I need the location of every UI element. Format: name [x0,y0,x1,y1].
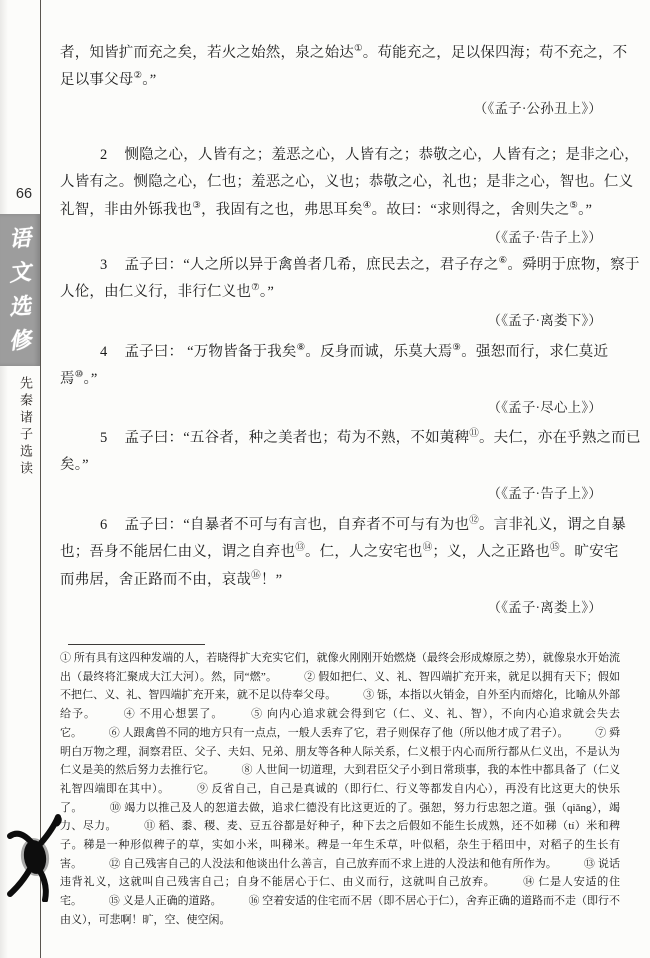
bronze-script-glyph [6,810,64,902]
passage-text: 恻隐之心，人皆有之；羞恶之心，人皆有之；恭敬之心，人皆有之；是非之心， [124,147,639,163]
page-number: 66 [9,186,39,202]
attribution: （《孟子·告子上》） [60,480,642,507]
passage-line: 也；吾身不能居仁由义，谓之自弃也⑬。仁，人之安宅也⑭；义，人之正路也⑮。旷安宅 [60,539,642,566]
banner-char: 文 [8,261,32,285]
passage-line: 4孟子曰： “万物皆备于我矣⑧。反身而诚，乐莫大焉⑨。强恕而行，求仁莫近 [60,339,642,366]
passage-line: 足以事父母②。” [60,67,642,94]
passage-text: 孟子曰：“自暴者不可与有言也，自弃者不可与有为也⑫。言非礼义，谓之自暴 [124,517,626,533]
passage-3: 3孟子曰：“人之所以异于禽兽者几希，庶民去之，君子存之⑥。舜明于庶物，察于 人伦… [60,252,642,334]
passage-6: 6孟子曰：“自暴者不可与有言也，自弃者不可与有为也⑫。言非礼义，谓之自暴 也；吾… [60,512,642,622]
attribution: （《孟子·公孙丑上》） [60,95,642,122]
passage-line: 人皆有之。恻隐之心，仁也；羞恶之心，义也；恭敬之心，礼也；是非之心，智也。仁义 [60,169,642,196]
footnote: ⑥ 人跟禽兽不同的地方只有一点点，一般人丢弃了它，君子则保存了他（所以他才成了君… [109,727,569,739]
passage-line: 矣。” [60,452,642,479]
passage-number: 5 [100,430,107,446]
passage-number: 6 [100,517,107,533]
banner-char: 修 [8,329,32,353]
passage-text: 孟子曰： “万物皆备于我矣⑧。反身而诚，乐莫大焉⑨。强恕而行，求仁莫近 [124,344,608,360]
series-title: 先秦诸子选读 [16,376,35,478]
attribution: （《孟子·离娄上》） [60,594,642,621]
passage-number: 4 [100,344,107,360]
passage-5: 5孟子曰：“五谷者，种之美者也；苟为不熟，不如荑稗⑪。夫仁，亦在乎熟之而已 矣。… [60,425,642,507]
attribution: （《孟子·尽心上》） [60,394,642,421]
passage-line: 礼智，非由外铄我也③，我固有之也，弗思耳矣④。故曰：“求则得之，舍则失之⑤。” [60,197,642,224]
passage-line: 6孟子曰：“自暴者不可与有言也，自弃者不可与有为也⑫。言非礼义，谓之自暴 [60,512,642,539]
passage-line: 而弗居，舍正路而不由，哀哉⑯！” [60,567,642,594]
footnote-divider [68,644,205,645]
footnote: ④ 不用心想罢了。 [124,708,224,720]
passage-4: 4孟子曰： “万物皆备于我矣⑧。反身而诚，乐莫大焉⑨。强恕而行，求仁莫近 焉⑩。… [60,339,642,421]
passage-line: 3孟子曰：“人之所以异于禽兽者几希，庶民去之，君子存之⑥。舜明于庶物，察于 [60,252,642,279]
passage-line: 人伦，由仁义行，非行仁义也⑦。” [60,279,642,306]
passage-line: 2恻隐之心，人皆有之；羞恶之心，人皆有之；恭敬之心，人皆有之；是非之心， [60,142,642,169]
passage-line: 焉⑩。” [60,366,642,393]
passage-2: 2恻隐之心，人皆有之；羞恶之心，人皆有之；恭敬之心，人皆有之；是非之心， 人皆有… [60,142,642,252]
footnotes: ① 所有具有这四种发端的人，若晓得扩大充实它们，就像火刚刚开始燃烧（最终会形成燎… [60,649,620,930]
passage-number: 2 [100,147,107,163]
subject-banner: 语 文 选 修 [0,214,40,366]
footnote: ⑫ 自己残害自己的人没法和他谈出什么善言，自己放弃而不求上进的人没法和他有所作为… [109,858,557,870]
attribution: （《孟子·离娄下》） [60,307,642,334]
passage-number: 3 [100,257,107,273]
attribution: （《孟子·告子上》） [60,224,642,251]
passage-text: 孟子曰：“五谷者，种之美者也；苟为不熟，不如荑稗⑪。夫仁，亦在乎熟之而已 [124,430,640,446]
banner-char: 语 [8,227,32,251]
passage-text: 孟子曰：“人之所以异于禽兽者几希，庶民去之，君子存之⑥。舜明于庶物，察于 [124,257,639,273]
passage-line: 5孟子曰：“五谷者，种之美者也；苟为不熟，不如荑稗⑪。夫仁，亦在乎熟之而已 [60,425,642,452]
passage-continuation: 者，知皆扩而充之矣，若火之始然，泉之始达①。苟能充之，足以保四海；苟不充之，不 … [60,40,642,122]
banner-char: 选 [8,295,32,319]
passage-line: 者，知皆扩而充之矣，若火之始然，泉之始达①。苟能充之，足以保四海；苟不充之，不 [60,40,642,67]
footnote: ⑮ 义是人正确的道路。 [109,895,222,907]
textbook-page: 66 语 文 选 修 先秦诸子选读 者，知皆扩而充之矣，若火之始然，泉之始达①。… [0,0,650,958]
